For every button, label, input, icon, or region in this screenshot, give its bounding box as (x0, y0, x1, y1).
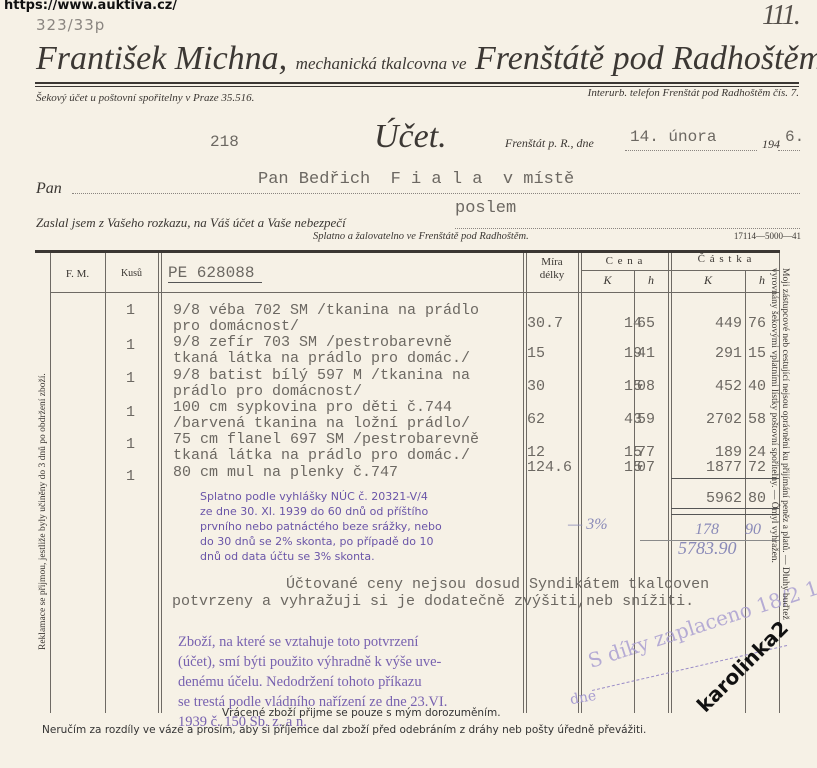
stamp-line: Splatno podle vyhlášky NÚC č. 20321-V/4 (200, 489, 442, 504)
year-line (778, 150, 800, 151)
subtotal-rule-bottom (671, 508, 779, 509)
row-cena-k: 15 (602, 378, 642, 395)
row-kusu: 1 (126, 370, 135, 387)
pencil-reference: 323/33p (36, 16, 105, 34)
row-kusu: 1 (126, 302, 135, 319)
row-cena-h: 08 (637, 378, 655, 395)
stamp-line: ze dne 30. XI. 1939 do 60 dnů od příštíh… (200, 504, 442, 519)
row-desc: 75 cm flanel 697 SM /pestrobarevně (173, 431, 479, 448)
stamp-line: prvního nebo patnáctého beze srážky, neb… (200, 519, 442, 534)
row-cena-k: 14 (602, 315, 642, 332)
row-castka-h: 40 (748, 378, 766, 395)
discount-note: — 3% (568, 516, 608, 534)
row-castka-k: 452 (660, 378, 742, 395)
header-cena-h: h (634, 273, 668, 288)
row-desc: 9/8 batist bílý 597 M /tkanina na (173, 367, 470, 384)
table-border-left (50, 253, 51, 713)
row-castka-k: 449 (660, 315, 742, 332)
row-desc-cont: pro domácnost/ (173, 318, 299, 335)
row-desc-cont: tkaná látka na prádlo pro domác./ (173, 350, 470, 367)
row-castka-h: 72 (748, 459, 766, 476)
shipped-label: Zaslal jsem z Vašeho rozkazu, na Váš úče… (36, 215, 346, 231)
header-bottom-rule (50, 292, 780, 293)
recipient-line (72, 193, 800, 194)
col-divider (581, 253, 582, 713)
footer-line1: Vrácené zboží přijme se pouze s mým doro… (222, 707, 501, 719)
side-note-right: Moji zástupcové neb cestující nejsou opr… (768, 268, 790, 648)
subheader-rule (581, 270, 779, 271)
row-mira: 124.6 (527, 459, 572, 476)
discount-k: 178 (695, 521, 719, 539)
pan-label: Pan (36, 180, 62, 198)
price-note-line1: Účtované ceny nejsou dosud Syndikátem tk… (286, 576, 709, 593)
firm-name: František Michna, (36, 40, 287, 77)
payment-terms-stamp: Splatno podle vyhlášky NÚC č. 20321-V/4 … (200, 489, 442, 564)
firm-description: mechanická tkalcovna ve (296, 54, 467, 73)
subtotal-h: 80 (748, 490, 766, 507)
row-mira: 15 (527, 345, 545, 362)
place-label: Frenštát p. R., dne (505, 136, 594, 151)
firm-town: Frenštátě pod Radhoštěm. (475, 40, 817, 77)
shipped-via: poslem (455, 199, 516, 218)
order-number: PE 628088 (168, 264, 262, 283)
row-castka-h: 76 (748, 315, 766, 332)
total-amount: 5783.90 (678, 538, 737, 559)
stamp-line: (účet), smí býti použito výhradně k výše… (178, 652, 447, 672)
subtotal-k: 5962 (660, 490, 742, 507)
row-cena-h: 07 (637, 459, 655, 476)
row-desc-cont: tkaná látka na prádlo pro domác./ (173, 447, 470, 464)
row-castka-k: 1877 (660, 459, 742, 476)
stamp-line: Zboží, na které se vztahuje toto potvrze… (178, 632, 447, 652)
stamp-line: denému účelu. Nedodržení tohoto příkazu (178, 672, 447, 692)
row-cena-h: 65 (637, 315, 655, 332)
page-number: 111. (762, 0, 799, 32)
invoice-number: 218 (210, 133, 239, 151)
row-mira: 30 (527, 378, 545, 395)
row-kusu: 1 (126, 436, 135, 453)
invoice-title: Účet. (374, 118, 447, 156)
row-desc: 100 cm sypkovina pro děti č.744 (173, 399, 452, 416)
source-url-watermark: https://www.auktiva.cz/ (4, 0, 177, 13)
header-cena: C e n a (581, 255, 668, 267)
date-line (625, 150, 757, 151)
paid-stamp-dne: dne (569, 688, 598, 708)
price-note-line2: potvrzeny a vyhražuji si je dodatečně zv… (172, 593, 694, 610)
discount-rule (671, 514, 779, 515)
row-cena-h: 59 (637, 411, 655, 428)
recipient: Pan Bedřich F i a l a v místě (258, 170, 574, 189)
phone-line: Interurb. telefon Frenštát pod Radhoštěm… (588, 87, 799, 99)
row-desc: 80 cm mul na plenky č.747 (173, 464, 398, 481)
header-kusu: Kusů (105, 268, 158, 279)
header-castka: Č á s t k a (671, 253, 779, 265)
row-castka-k: 291 (660, 345, 742, 362)
header-fm: F. M. (50, 268, 105, 280)
year-suffix: 6. (785, 128, 804, 146)
row-kusu: 1 (126, 468, 135, 485)
header-mira: Míra (526, 256, 578, 268)
row-desc-cont: prádlo pro domácnost/ (173, 383, 362, 400)
year-prefix: 194 (762, 137, 780, 152)
row-cena-k: 15 (602, 459, 642, 476)
letterhead: František Michna, mechanická tkalcovna v… (36, 40, 817, 78)
row-cena-k: 19 (602, 345, 642, 362)
col-divider (578, 253, 579, 713)
letterhead-rule (35, 82, 799, 84)
row-mira: 30.7 (527, 315, 563, 332)
header-mira-delky: délky (526, 269, 578, 281)
footer-line2: Neručím za rozdíly ve váze a prosím, aby… (42, 724, 646, 736)
header-castka-k: K (671, 273, 745, 288)
stamp-line: dnů od data účtu se 3% skonta. (200, 549, 442, 564)
row-desc-cont: /barvená tkanina na ložní prádlo/ (173, 415, 470, 432)
shipped-line (455, 228, 800, 229)
account-line: Šekový účet u poštovní spořitelny v Praz… (36, 92, 254, 104)
row-castka-h: 58 (748, 411, 766, 428)
row-cena-h: 41 (637, 345, 655, 362)
subtotal-rule (671, 478, 779, 479)
discount-h: 90 (745, 521, 761, 539)
side-note-left: Reklamace se přijmou, jestliže byly učin… (38, 373, 48, 650)
row-kusu: 1 (126, 404, 135, 421)
row-castka-h: 15 (748, 345, 766, 362)
row-mira: 62 (527, 411, 545, 428)
payable-note: Splatno a žalovatelno ve Frenštátě pod R… (313, 231, 529, 242)
row-desc: 9/8 zefír 703 SM /pestrobarevně (173, 334, 452, 351)
row-castka-k: 2702 (660, 411, 742, 428)
date-value: 14. února (630, 128, 716, 146)
form-code: 17114—5000—41 (734, 231, 801, 241)
col-divider (523, 253, 524, 713)
row-cena-k: 43 (602, 411, 642, 428)
row-kusu: 1 (126, 337, 135, 354)
col-divider (158, 253, 159, 713)
header-cena-k: K (581, 273, 634, 288)
col-divider (161, 253, 162, 713)
col-divider (105, 253, 106, 713)
row-desc: 9/8 véba 702 SM /tkanina na prádlo (173, 302, 479, 319)
stamp-line: do 30 dnů se 2% skonta, po případě do 10 (200, 534, 442, 549)
